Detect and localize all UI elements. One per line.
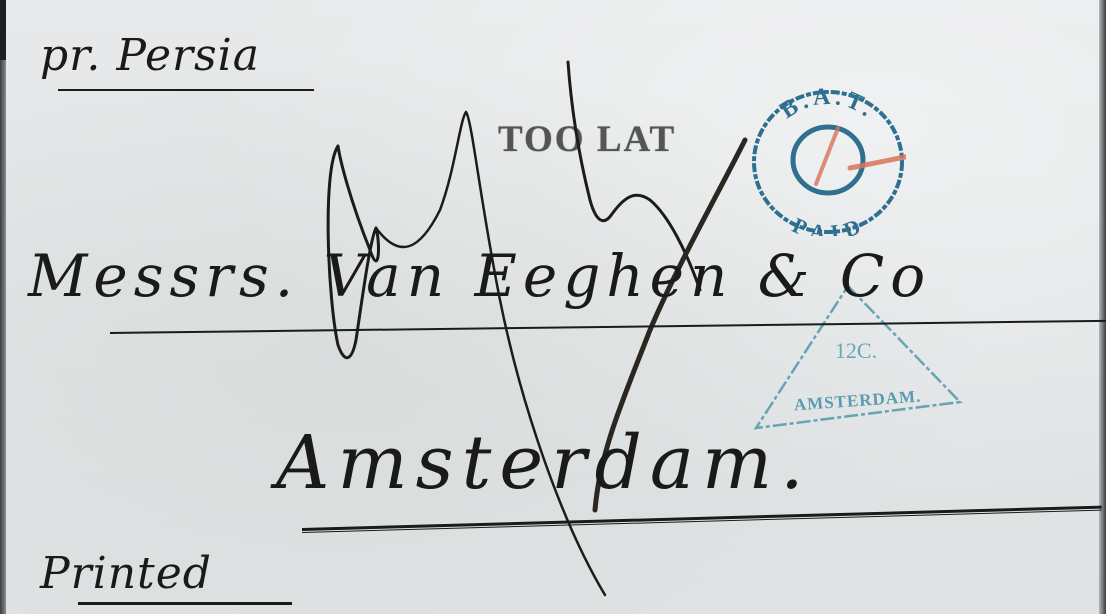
addressee-line-1: Messrs. Van Eeghen & Co	[28, 242, 931, 310]
svg-text:B.A.T.: B.A.T.	[776, 88, 881, 124]
route-note: pr. Persia	[40, 30, 260, 81]
svg-text:PAID: PAID	[789, 212, 867, 236]
printed-note-underline	[78, 602, 292, 605]
cover-left-edge-shadow	[0, 0, 6, 60]
addressee-city: Amsterdam.	[276, 420, 812, 506]
postmark-bottom-text: PAID	[789, 212, 867, 236]
circular-postmark: B.A.T. PAID	[750, 88, 906, 236]
printed-matter-note: Printed	[40, 548, 212, 599]
route-note-underline	[58, 89, 314, 91]
too-late-handstamp: TOO LAT	[498, 118, 676, 161]
cover-right-edge	[1099, 0, 1106, 614]
triangle-rate-text: 12C.	[835, 338, 877, 363]
postmark-top-text: B.A.T.	[776, 88, 881, 124]
cover-left-edge	[0, 0, 6, 614]
